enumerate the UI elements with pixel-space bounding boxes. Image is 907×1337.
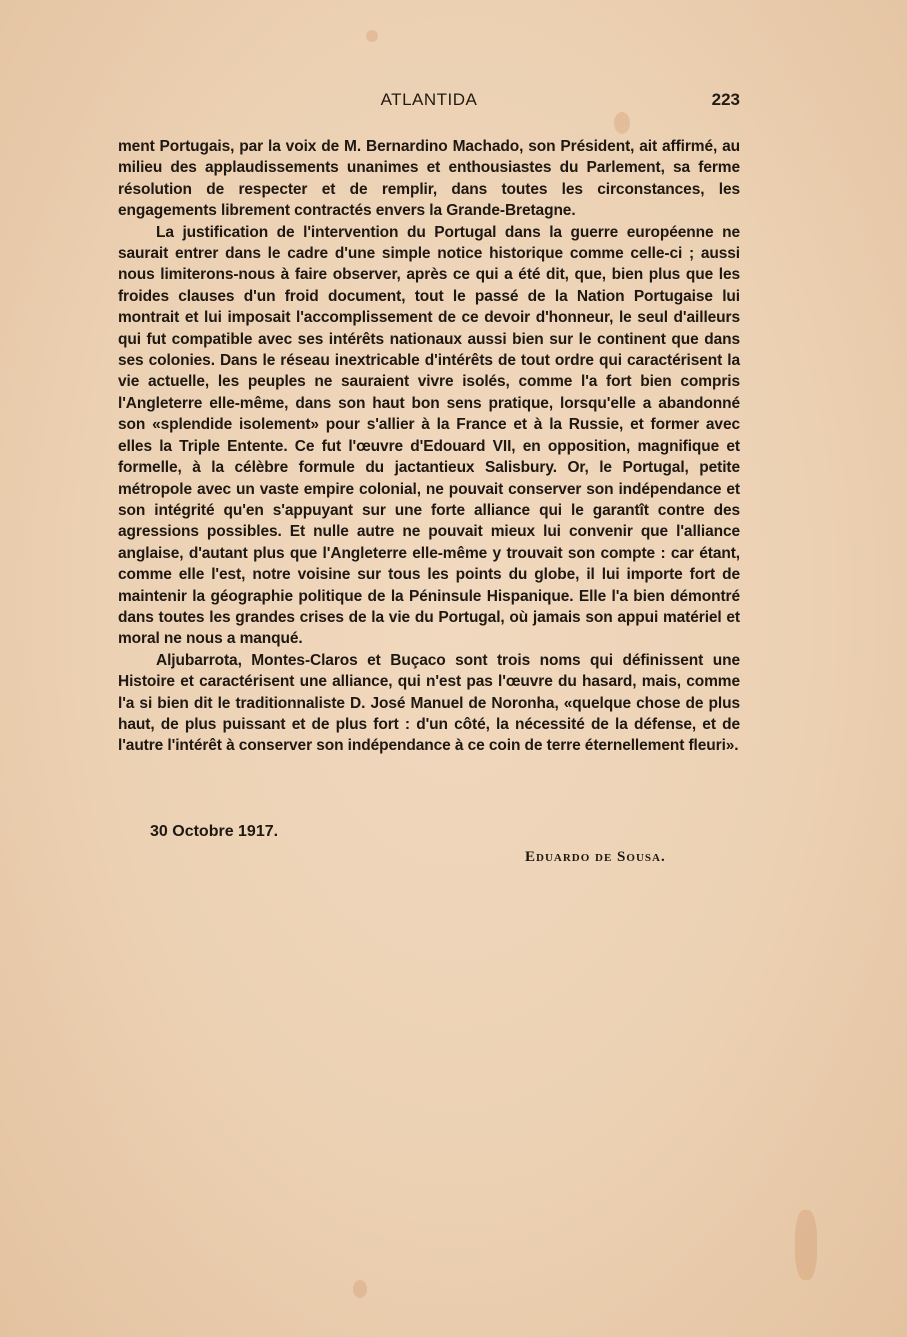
running-title: ATLANTIDA <box>118 90 740 110</box>
paragraph-2: La justification de l'intervention du Po… <box>118 222 740 650</box>
date-line: 30 Octobre 1917. <box>150 823 278 841</box>
author-signature: Eduardo de Sousa. <box>525 849 666 866</box>
paragraph-1: ment Portugais, par la voix de M. Bernar… <box>118 136 740 222</box>
page-number: 223 <box>712 90 740 110</box>
book-page: ATLANTIDA 223 ment Portugais, par la voi… <box>0 0 907 1337</box>
running-header: ATLANTIDA 223 <box>118 90 740 112</box>
body-text: ment Portugais, par la voix de M. Bernar… <box>118 136 740 757</box>
paragraph-3: Aljubarrota, Montes-Claros et Buçaco son… <box>118 650 740 757</box>
paper-stain <box>614 112 630 134</box>
paper-stain <box>795 1210 817 1280</box>
paper-stain <box>366 30 378 42</box>
paper-stain <box>353 1280 367 1298</box>
